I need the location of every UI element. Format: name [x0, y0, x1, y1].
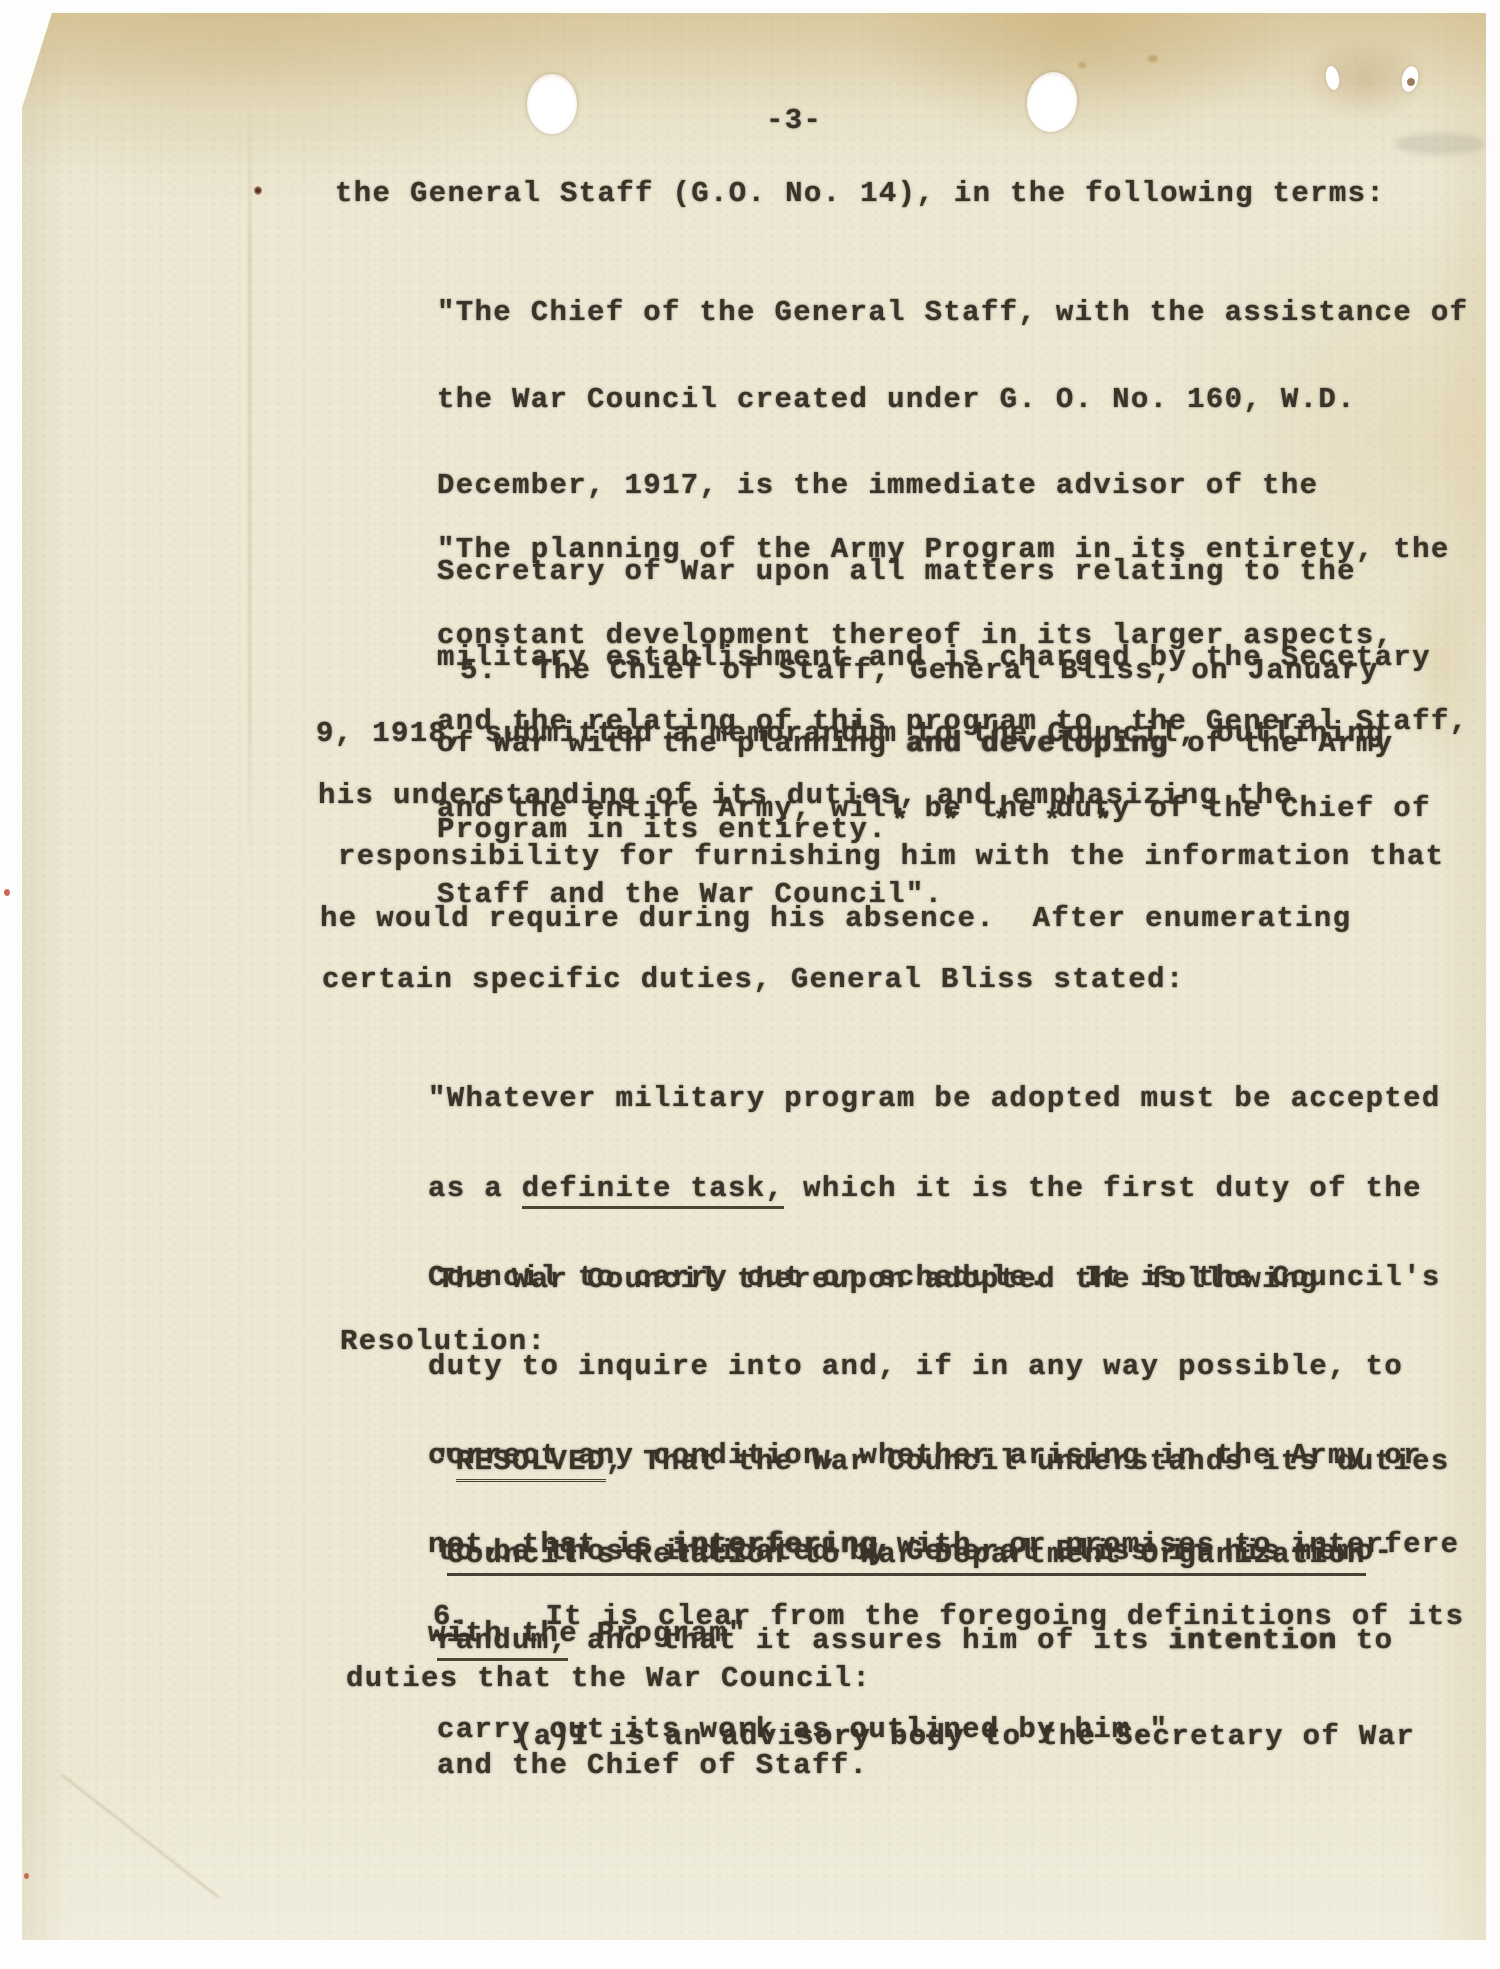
paper-speck [4, 889, 10, 896]
paragraph-5-line: his understanding of its duties, and emp… [318, 779, 1293, 812]
text-line: "RESOLVED, That the War Council understa… [437, 1447, 1450, 1477]
text-line: constant development thereof in its larg… [437, 622, 1468, 651]
text-line: "Whatever military program be adopted mu… [428, 1084, 1459, 1114]
paper-smudge [1395, 133, 1485, 155]
text-segment: which it is the first duty of the [784, 1172, 1422, 1205]
paragraph-5-line: 5. The Chief of Staff, General Bliss, on… [460, 654, 1379, 687]
paragraph-5-line: 9, 1918, submitted a memorandum to the C… [316, 717, 1385, 750]
paragraph-5-line: he would require during his absence. Aft… [320, 902, 1351, 935]
scanned-document: -3- the General Staff (G.O. No. 14), in … [0, 0, 1500, 1969]
text-segment: as a [428, 1172, 522, 1205]
paragraph-5-line: certain specific duties, General Bliss s… [322, 963, 1185, 996]
text-segment: It is clear from the foregoing definitio… [471, 1600, 1465, 1633]
intro-line: the General Staff (G.O. No. 14), in the … [335, 177, 1385, 210]
text-line: "The Chief of the General Staff, with th… [437, 299, 1468, 328]
paper-speck [254, 186, 262, 195]
text-line: duty to inquire into and, if in any way … [428, 1352, 1459, 1382]
paper-speck [1407, 78, 1415, 86]
resolution-label: Resolution: [340, 1325, 546, 1358]
punch-hole-left [527, 74, 577, 134]
paragraph-5-line: responsibility for furnishing him with t… [338, 840, 1444, 873]
page-number: -3- [766, 104, 822, 137]
item-a-line: and the Chief of Staff. [437, 1749, 868, 1782]
text-segment: , That the War Council understands its d… [606, 1445, 1450, 1478]
section-heading: Council's Relation to War Department Org… [447, 1538, 1366, 1571]
transition-line: The War Council thereupon adopted the fo… [437, 1263, 1318, 1296]
paper-crease [248, 95, 251, 855]
underlined-text: 6. [433, 1600, 471, 1637]
underlined-text: definite task, [522, 1172, 785, 1209]
paragraph-6-line: 6. It is clear from the foregoing defini… [433, 1600, 1464, 1633]
paper-speck [1148, 55, 1158, 62]
paragraph-6-line: duties that the War Council: [346, 1662, 871, 1695]
paper-speck [1078, 62, 1086, 68]
text-line: as a definite task, which it is the firs… [428, 1174, 1459, 1204]
text-segment: " [437, 1445, 456, 1478]
text-line: "The planning of the Army Program in its… [437, 536, 1468, 565]
paper-speck [24, 1873, 29, 1879]
underlined-text: Council's Relation to War Department Org… [447, 1538, 1366, 1576]
text-line: the War Council created under G. O. No. … [437, 386, 1468, 415]
underlined-text: RESOLVED [456, 1445, 606, 1482]
